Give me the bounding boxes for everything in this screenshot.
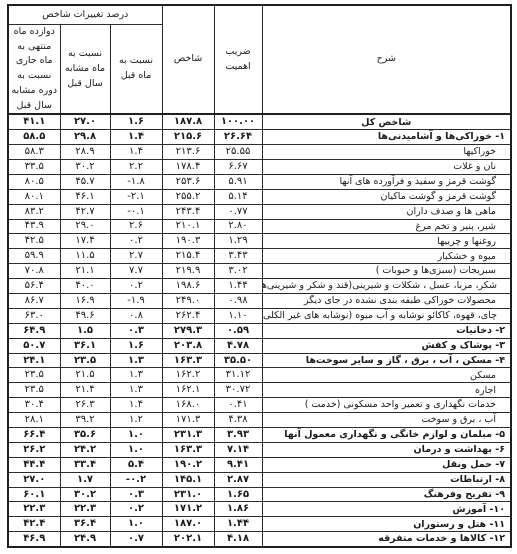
cell-mom: ۲.۲ — [110, 159, 162, 174]
cell-index: ۱۷۸.۴ — [162, 159, 214, 174]
cell-12month: ۷۰.۸ — [8, 264, 60, 279]
header-index-column: شاخص — [162, 5, 214, 114]
cell-description: سبزیجات (سبزی‌ها و حبوبات ) — [262, 264, 511, 279]
cell-description: شاخص کل — [262, 114, 511, 129]
cell-12month: ۲۸.۱ — [8, 413, 60, 428]
cell-weight: ۳۰.۷۲ — [214, 383, 262, 398]
cell-index: ۲۱۰.۱ — [162, 219, 214, 234]
header-pct-change-title: درصد تغییرات شاخص — [8, 5, 162, 25]
cell-weight: ۳۵.۵۰ — [214, 353, 262, 368]
cell-yoy: ۲۱.۴ — [60, 383, 110, 398]
cell-weight: ۷.۱۴ — [214, 442, 262, 457]
cell-mom: -۱.۹ — [110, 294, 162, 309]
cell-index: ۲۷۹.۳ — [162, 323, 214, 338]
table-row: ۸۶.۷۱۶.۹-۱.۹۲۴۹.۰۰.۹۸محصولات خوراکی طبقه… — [8, 294, 511, 309]
cell-index: ۱۶۳.۳ — [162, 442, 214, 457]
cell-yoy: ۲۶.۳ — [60, 398, 110, 413]
cell-mom: ۱.۰ — [110, 428, 162, 443]
cell-weight: ۳.۴۳ — [214, 249, 262, 264]
cell-yoy: ۱۶.۹ — [60, 294, 110, 309]
cell-index: ۲۰۲.۱ — [162, 532, 214, 547]
table-row: ۲۳.۵۲۱.۴۱.۳۱۶۲.۱۳۰.۷۲اجاره — [8, 383, 511, 398]
cell-12month: ۴۱.۱ — [8, 114, 60, 129]
cell-yoy: ۲۱.۱ — [60, 264, 110, 279]
cell-12month: ۵۰.۷ — [8, 338, 60, 353]
cell-yoy: ۳۰.۲ — [60, 487, 110, 502]
cell-weight: ۲.۸۰ — [214, 219, 262, 234]
cell-yoy: ۳۵.۶ — [60, 428, 110, 443]
cell-index: ۲۳۱.۰ — [162, 487, 214, 502]
cell-weight: ۳۱.۱۲ — [214, 368, 262, 383]
table-row: ۲۴.۱۲۳.۵۱.۳۱۶۳.۳۳۵.۵۰۴- مسکن ، آب ، برق … — [8, 353, 511, 368]
cell-index: ۱۴۵.۱ — [162, 472, 214, 487]
cell-weight: ۱.۴۴ — [214, 517, 262, 532]
cell-index: ۲۱۵.۴ — [162, 249, 214, 264]
cell-index: ۲۴۹.۰ — [162, 294, 214, 309]
cpi-table: درصد تغییرات شاخص شاخص ضریب اهمیت شرح دو… — [7, 4, 512, 548]
cell-description: مسکن — [262, 368, 511, 383]
cell-index: ۱۶۲.۲ — [162, 368, 214, 383]
cell-yoy: ۴۰.۰ — [60, 279, 110, 294]
table-row: ۸۰.۵۴۵.۷-۱.۸۲۵۳.۶۵.۹۱گوشت قرمز و سفید و … — [8, 174, 511, 189]
table-row: ۲۲.۳۲۲.۳۰.۲۱۷۱.۲۱.۸۶۱۰- آموزش — [8, 502, 511, 517]
cell-description: ۱- خوراکی‌ها و آشامیدنی‌ها — [262, 130, 511, 145]
cell-description: ماهی ها و صدف داران — [262, 204, 511, 219]
cell-index: ۱۶۲.۱ — [162, 383, 214, 398]
cell-description: ۲- دخانیات — [262, 323, 511, 338]
table-row: ۶۴.۹۱.۵۰.۳۲۷۹.۳۰.۵۹۲- دخانیات — [8, 323, 511, 338]
table-row: ۴۱.۱۲۷.۰۱.۶۱۸۷.۸۱۰۰.۰۰شاخص کل — [8, 114, 511, 129]
cell-yoy: ۳۶.۴ — [60, 517, 110, 532]
cell-description: شیر، پنیر و تخم مرغ — [262, 219, 511, 234]
cell-mom: ۱.۲ — [110, 413, 162, 428]
cell-yoy: ۱.۷ — [60, 472, 110, 487]
cell-mom: ۰.۲ — [110, 502, 162, 517]
cell-index: ۲۴۳.۴ — [162, 204, 214, 219]
cell-yoy: ۲۸.۹ — [60, 145, 110, 160]
cell-weight: ۳.۹۳ — [214, 428, 262, 443]
cell-description: ۴- مسکن ، آب ، برق ، گاز و سایر سوخت‌ها — [262, 353, 511, 368]
cell-12month: ۵۸.۳ — [8, 145, 60, 160]
table-row: ۶۶.۴۳۵.۶۱.۰۲۳۱.۳۳.۹۳۵- مبلمان و لوازم خا… — [8, 428, 511, 443]
cell-weight: ۲۵.۵۵ — [214, 145, 262, 160]
cell-yoy: ۳۶.۱ — [60, 338, 110, 353]
cell-12month: ۲۶.۲ — [8, 442, 60, 457]
header-mom-column: نسبت به ماه قبل — [110, 25, 162, 115]
cell-mom: ۱.۶ — [110, 338, 162, 353]
cell-yoy: ۲۲.۳ — [60, 502, 110, 517]
table-row: ۲۸.۱۳۹.۲۱.۲۱۷۱.۳۴.۳۸آب ، برق و سوخت — [8, 413, 511, 428]
cell-mom: ۱.۴ — [110, 130, 162, 145]
header-yoy-column: نسبت به ماه مشابه سال قبل — [60, 25, 110, 115]
cell-description: خوراکیها — [262, 145, 511, 160]
cell-12month: ۸۶.۷ — [8, 294, 60, 309]
cell-mom: ۱.۴ — [110, 145, 162, 160]
header-12month-column: دوازده ماه منتهی به ماه جاری نسبت به دور… — [8, 25, 60, 115]
cell-description: روغنها و چربیها — [262, 234, 511, 249]
cell-yoy: ۳۳.۴ — [60, 457, 110, 472]
cell-description: شکر، مربا، عسل ، شکلات و شیرینی(قند و شک… — [262, 279, 511, 294]
cell-weight: ۹.۴۱ — [214, 457, 262, 472]
cell-12month: ۴۶.۹ — [8, 532, 60, 547]
cell-weight: ۱.۲۹ — [214, 234, 262, 249]
cell-index: ۲۶۲.۴ — [162, 308, 214, 323]
cell-mom: ۱.۰ — [110, 442, 162, 457]
cell-mom: ۷.۷ — [110, 264, 162, 279]
cell-weight: ۰.۹۸ — [214, 294, 262, 309]
cell-12month: ۵۹.۹ — [8, 249, 60, 264]
cell-description: محصولات خوراکی طبقه بندی نشده در جای دیگ… — [262, 294, 511, 309]
cell-mom: ۱.۴ — [110, 398, 162, 413]
cell-index: ۱۶۸.۰ — [162, 398, 214, 413]
cell-index: ۲۰۳.۸ — [162, 338, 214, 353]
table-header: درصد تغییرات شاخص شاخص ضریب اهمیت شرح دو… — [8, 5, 511, 114]
table-row: ۴۲.۴۳۶.۴۱.۰۱۸۷.۰۱.۴۴۱۱- هتل و رستوران — [8, 517, 511, 532]
cell-mom: ۱.۰ — [110, 517, 162, 532]
cell-mom: -۲.۱ — [110, 189, 162, 204]
cell-mom: -۰.۱ — [110, 204, 162, 219]
cell-mom: ۰.۲ — [110, 279, 162, 294]
cell-index: ۲۵۳.۶ — [162, 174, 214, 189]
cell-mom: ۱.۳ — [110, 383, 162, 398]
cell-description: ۶- بهداشت و درمان — [262, 442, 511, 457]
cell-12month: ۴۲.۴ — [8, 517, 60, 532]
cell-weight: ۱.۶۵ — [214, 487, 262, 502]
cell-index: ۱۹۰.۳ — [162, 234, 214, 249]
table-row: ۴۳.۹۲۹.۰۲.۶۲۱۰.۱۲.۸۰شیر، پنیر و تخم مرغ — [8, 219, 511, 234]
cell-12month: ۲۴.۱ — [8, 353, 60, 368]
table-row: ۳۳.۵۳۰.۲۲.۲۱۷۸.۴۶.۶۷نان و غلات — [8, 159, 511, 174]
cell-yoy: ۴۲.۷ — [60, 204, 110, 219]
table-row: ۵۶.۴۴۰.۰۰.۲۱۹۸.۶۱.۴۴شکر، مربا، عسل ، شکل… — [8, 279, 511, 294]
table-row: ۸۰.۱۴۶.۱-۲.۱۲۵۵.۲۵.۱۴گوشت قرمز و گوشت ما… — [8, 189, 511, 204]
cell-description: میوه و خشکبار — [262, 249, 511, 264]
cell-weight: ۶.۶۷ — [214, 159, 262, 174]
cell-yoy: ۲۹.۰ — [60, 219, 110, 234]
cell-12month: ۲۳.۵ — [8, 383, 60, 398]
table-row: ۷۰.۸۲۱.۱۷.۷۲۱۹.۹۳.۰۲سبزیجات (سبزی‌ها و ح… — [8, 264, 511, 279]
cell-yoy: ۳۹.۲ — [60, 413, 110, 428]
cell-12month: ۵۸.۵ — [8, 130, 60, 145]
table-row: ۴۶.۹۲۴.۹۰.۷۲۰۲.۱۴.۱۸۱۲- کالاها و خدمات م… — [8, 532, 511, 547]
table-row: ۲۳.۵۲۱.۵۱.۳۱۶۲.۲۳۱.۱۲مسکن — [8, 368, 511, 383]
cell-yoy: ۴۵.۷ — [60, 174, 110, 189]
table-row: ۲۷.۰۱.۷-۰.۲۱۴۵.۱۲.۸۷۸- ارتباطات — [8, 472, 511, 487]
cell-mom: ۱.۳ — [110, 368, 162, 383]
cell-12month: ۳۰.۴ — [8, 398, 60, 413]
cell-12month: ۶۴.۹ — [8, 323, 60, 338]
cell-yoy: ۱۷.۴ — [60, 234, 110, 249]
cell-mom: ۰.۳ — [110, 487, 162, 502]
cell-index: ۱۷۱.۳ — [162, 413, 214, 428]
cell-weight: ۳.۰۲ — [214, 264, 262, 279]
cell-index: ۱۸۷.۰ — [162, 517, 214, 532]
table-row: ۳۰.۴۲۶.۳۱.۴۱۶۸.۰۰.۴۱خدمات نگهداری و تعمی… — [8, 398, 511, 413]
cell-12month: ۴۴.۴ — [8, 457, 60, 472]
cell-yoy: ۱.۵ — [60, 323, 110, 338]
cell-index: ۱۹۸.۶ — [162, 279, 214, 294]
cell-yoy: ۴۹.۶ — [60, 308, 110, 323]
cell-index: ۱۶۳.۳ — [162, 353, 214, 368]
table-row: ۸۳.۲۴۲.۷-۰.۱۲۴۳.۴۰.۷۷ماهی ها و صدف داران — [8, 204, 511, 219]
cell-description: خدمات نگهداری و تعمیر واحد مسکونی (خدمت … — [262, 398, 511, 413]
table-row: ۵۹.۹۱۱.۵۲.۷۲۱۵.۴۳.۴۳میوه و خشکبار — [8, 249, 511, 264]
header-weight-column: ضریب اهمیت — [214, 5, 262, 114]
cell-description: آب ، برق و سوخت — [262, 413, 511, 428]
cell-12month: ۲۷.۰ — [8, 472, 60, 487]
table-body: ۴۱.۱۲۷.۰۱.۶۱۸۷.۸۱۰۰.۰۰شاخص کل۵۸.۵۲۹.۸۱.۴… — [8, 114, 511, 547]
cell-yoy: ۳۰.۲ — [60, 159, 110, 174]
cell-mom: -۱.۸ — [110, 174, 162, 189]
table-row: ۵۸.۵۲۹.۸۱.۴۲۱۵.۶۲۶.۶۴۱- خوراکی‌ها و آشام… — [8, 130, 511, 145]
cell-index: ۲۱۹.۹ — [162, 264, 214, 279]
cell-mom: ۰.۸ — [110, 308, 162, 323]
cell-weight: ۱.۱۰ — [214, 308, 262, 323]
cell-mom: ۵.۴ — [110, 457, 162, 472]
cell-weight: ۴.۷۸ — [214, 338, 262, 353]
table-row: ۲۶.۲۲۴.۲۱.۰۱۶۳.۳۷.۱۴۶- بهداشت و درمان — [8, 442, 511, 457]
cell-index: ۲۱۳.۶ — [162, 145, 214, 160]
cell-index: ۱۸۷.۸ — [162, 114, 214, 129]
cell-12month: ۲۲.۳ — [8, 502, 60, 517]
cell-description: ۱۰- آموزش — [262, 502, 511, 517]
cell-yoy: ۲۴.۹ — [60, 532, 110, 547]
table-row: ۶۰.۱۳۰.۲۰.۳۲۳۱.۰۱.۶۵۹- تفریح وفرهنگ — [8, 487, 511, 502]
cell-mom: ۱.۳ — [110, 353, 162, 368]
cell-weight: ۲.۸۷ — [214, 472, 262, 487]
cell-index: ۲۱۵.۶ — [162, 130, 214, 145]
table-row: ۵۰.۷۳۶.۱۱.۶۲۰۳.۸۴.۷۸۳- پوشاک و کفش — [8, 338, 511, 353]
cell-weight: ۱.۴۴ — [214, 279, 262, 294]
cell-index: ۱۹۰.۲ — [162, 457, 214, 472]
cell-weight: ۴.۳۸ — [214, 413, 262, 428]
cell-yoy: ۲۴.۲ — [60, 442, 110, 457]
cell-yoy: ۲۳.۵ — [60, 353, 110, 368]
cell-mom: ۰.۷ — [110, 532, 162, 547]
document-page: درصد تغییرات شاخص شاخص ضریب اهمیت شرح دو… — [0, 0, 517, 554]
cell-mom: ۲.۶ — [110, 219, 162, 234]
cell-12month: ۸۳.۲ — [8, 204, 60, 219]
cell-description: گوشت قرمز و گوشت ماکیان — [262, 189, 511, 204]
cell-12month: ۶۰.۱ — [8, 487, 60, 502]
table-row: ۴۴.۴۳۳.۴۵.۴۱۹۰.۲۹.۴۱۷- حمل ونقل — [8, 457, 511, 472]
cell-index: ۲۳۱.۳ — [162, 428, 214, 443]
header-description-column: شرح — [262, 5, 511, 114]
cell-mom: -۰.۲ — [110, 472, 162, 487]
cell-weight: ۱۰۰.۰۰ — [214, 114, 262, 129]
cell-description: ۸- ارتباطات — [262, 472, 511, 487]
cell-description: ۱۲- کالاها و خدمات متفرقه — [262, 532, 511, 547]
cell-index: ۱۷۱.۲ — [162, 502, 214, 517]
cell-weight: ۵.۹۱ — [214, 174, 262, 189]
cell-yoy: ۴۶.۱ — [60, 189, 110, 204]
cell-mom: ۰.۳ — [110, 323, 162, 338]
cell-mom: ۱.۶ — [110, 114, 162, 129]
cell-12month: ۴۲.۵ — [8, 234, 60, 249]
cell-weight: ۱.۸۶ — [214, 502, 262, 517]
cell-12month: ۶۳.۰ — [8, 308, 60, 323]
cell-12month: ۴۳.۹ — [8, 219, 60, 234]
cell-description: ۱۱- هتل و رستوران — [262, 517, 511, 532]
cell-12month: ۳۳.۵ — [8, 159, 60, 174]
cell-weight: ۲۶.۶۴ — [214, 130, 262, 145]
cell-weight: ۰.۷۷ — [214, 204, 262, 219]
cell-description: ۷- حمل ونقل — [262, 457, 511, 472]
cell-weight: ۰.۵۹ — [214, 323, 262, 338]
cell-12month: ۲۳.۵ — [8, 368, 60, 383]
cell-description: ۳- پوشاک و کفش — [262, 338, 511, 353]
cell-description: گوشت قرمز و سفید و فرآورده های آنها — [262, 174, 511, 189]
table-row: ۶۳.۰۴۹.۶۰.۸۲۶۲.۴۱.۱۰چای، قهوه، کاکائو نو… — [8, 308, 511, 323]
cell-weight: ۵.۱۴ — [214, 189, 262, 204]
cell-yoy: ۲۷.۰ — [60, 114, 110, 129]
cell-12month: ۸۰.۵ — [8, 174, 60, 189]
cell-12month: ۵۶.۴ — [8, 279, 60, 294]
cell-index: ۲۵۵.۲ — [162, 189, 214, 204]
cell-description: اجاره — [262, 383, 511, 398]
cell-description: ۹- تفریح وفرهنگ — [262, 487, 511, 502]
cell-weight: ۰.۴۱ — [214, 398, 262, 413]
cell-yoy: ۱۱.۵ — [60, 249, 110, 264]
cell-yoy: ۲۹.۸ — [60, 130, 110, 145]
cell-mom: ۲.۷ — [110, 249, 162, 264]
cell-12month: ۸۰.۱ — [8, 189, 60, 204]
cell-yoy: ۲۱.۵ — [60, 368, 110, 383]
cell-12month: ۶۶.۴ — [8, 428, 60, 443]
cell-weight: ۴.۱۸ — [214, 532, 262, 547]
cell-mom: ۰.۲ — [110, 234, 162, 249]
cell-description: چای، قهوه، کاکائو نوشابه و آب میوه (نوشا… — [262, 308, 511, 323]
cell-description: نان و غلات — [262, 159, 511, 174]
table-row: ۵۸.۳۲۸.۹۱.۴۲۱۳.۶۲۵.۵۵خوراکیها — [8, 145, 511, 160]
cell-description: ۵- مبلمان و لوازم خانگی و نگهداری معمول … — [262, 428, 511, 443]
table-row: ۴۲.۵۱۷.۴۰.۲۱۹۰.۳۱.۲۹روغنها و چربیها — [8, 234, 511, 249]
